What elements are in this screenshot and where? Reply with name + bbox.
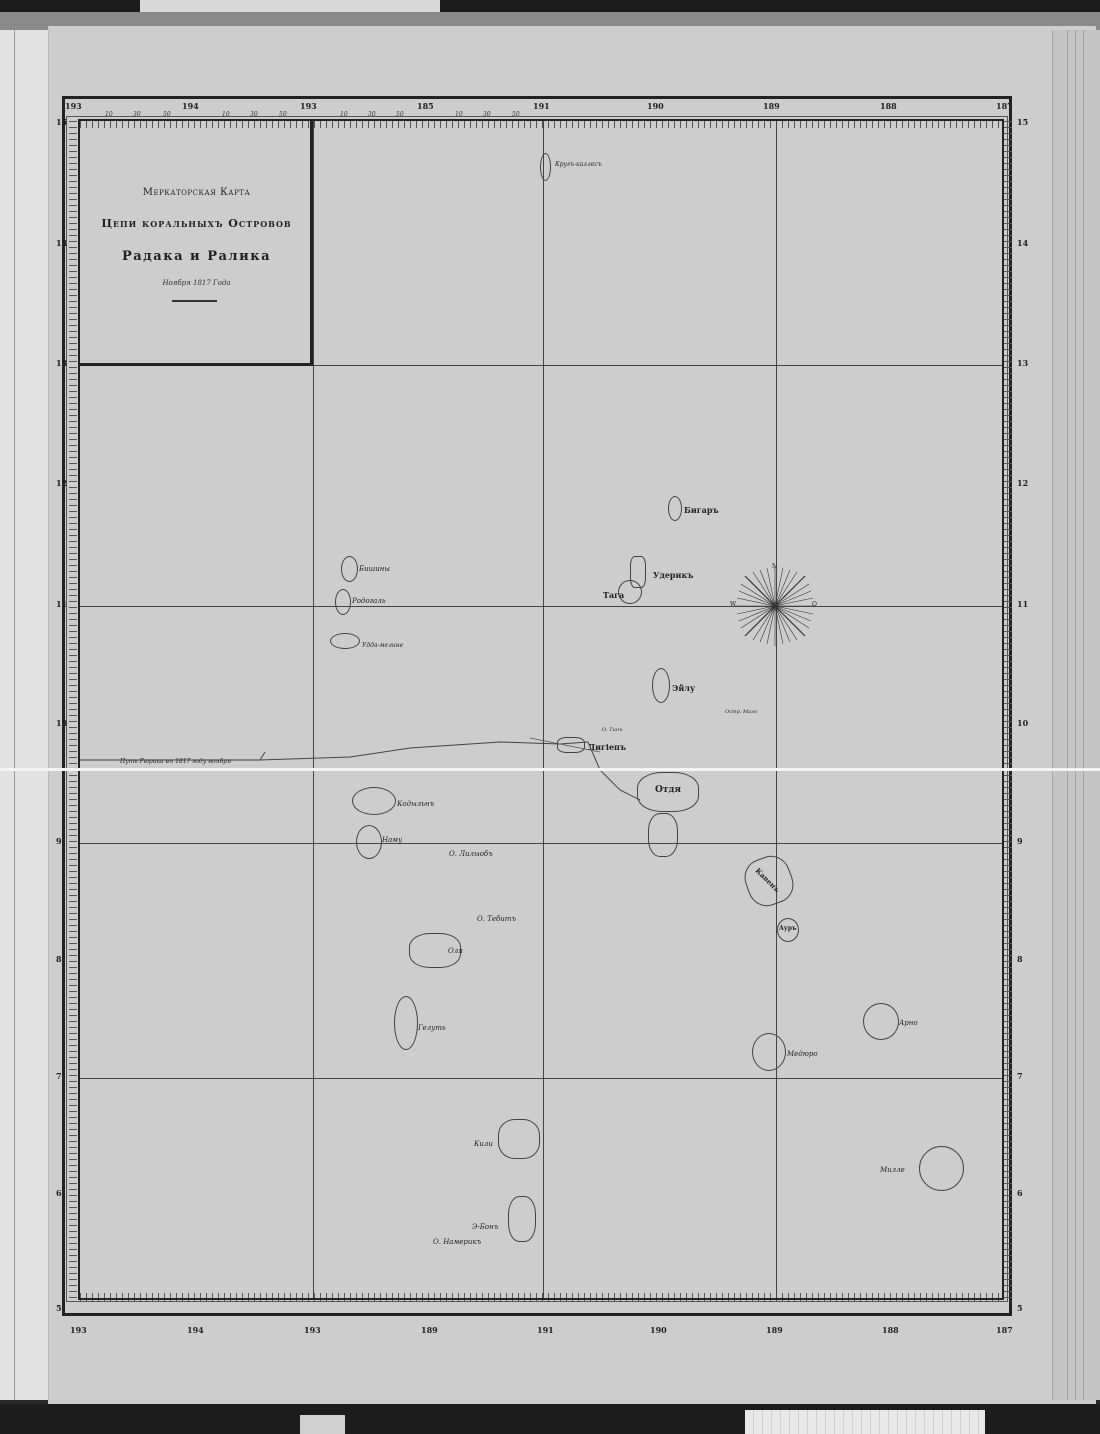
island-label: О. Намерикъ (433, 1238, 481, 1246)
island-label: Оля (448, 947, 463, 955)
island-label: Тага (603, 590, 624, 600)
island-outline (752, 1033, 786, 1071)
island-label: Эйлу (672, 683, 695, 693)
island-outline (919, 1146, 964, 1191)
island-label: О. Лилыобъ (449, 850, 493, 858)
island-label: Бигаръ (684, 505, 719, 515)
island-label: О. Тебитъ (477, 915, 516, 923)
island-label: Э-Бонъ (472, 1223, 498, 1231)
island-label: Удерикъ (653, 570, 693, 580)
compass-north: N (772, 563, 777, 570)
island-outline (508, 1196, 536, 1242)
island-outline (557, 737, 585, 753)
island-outline (652, 668, 670, 703)
island-outline (356, 825, 382, 859)
island-label: Кодыльнъ (397, 800, 434, 808)
compass-rose-icon (735, 566, 815, 646)
island-label: Остр. Мало (725, 709, 757, 715)
island-label: Кругъ-каллесъ (555, 161, 602, 168)
island-outline (648, 813, 678, 857)
island-label: Кили (474, 1140, 493, 1148)
island-label: Гелуть (418, 1024, 446, 1032)
compass-west: W (730, 601, 736, 608)
island-label: Лигіепъ (588, 742, 626, 752)
ship-route (0, 0, 1100, 1434)
island-outline (341, 556, 358, 582)
island-label: Арно (899, 1019, 918, 1027)
island-outline (335, 589, 351, 615)
island-outline (498, 1119, 540, 1159)
island-label: О. Тинъ (602, 727, 622, 733)
island-outline (352, 787, 396, 815)
island-outline (330, 633, 360, 649)
island-label: Бишины (359, 565, 390, 573)
island-outline (394, 996, 418, 1050)
route-label: Путь Рюрика въ 1817 году ноября (120, 758, 231, 765)
island-label: Удда-мелине (362, 642, 403, 649)
island-label: Родогаль (352, 597, 386, 605)
island-outline (540, 153, 551, 181)
island-label: Ауръ (779, 925, 797, 932)
island-outline (863, 1003, 899, 1040)
island-label: Наму (382, 836, 402, 844)
island-outline (668, 496, 682, 521)
island-label: Отдя (655, 785, 681, 795)
island-label: Медюро (787, 1050, 818, 1058)
scan-seam-line (0, 768, 1100, 771)
compass-east: O (812, 601, 817, 608)
island-label: Милле (880, 1166, 905, 1174)
